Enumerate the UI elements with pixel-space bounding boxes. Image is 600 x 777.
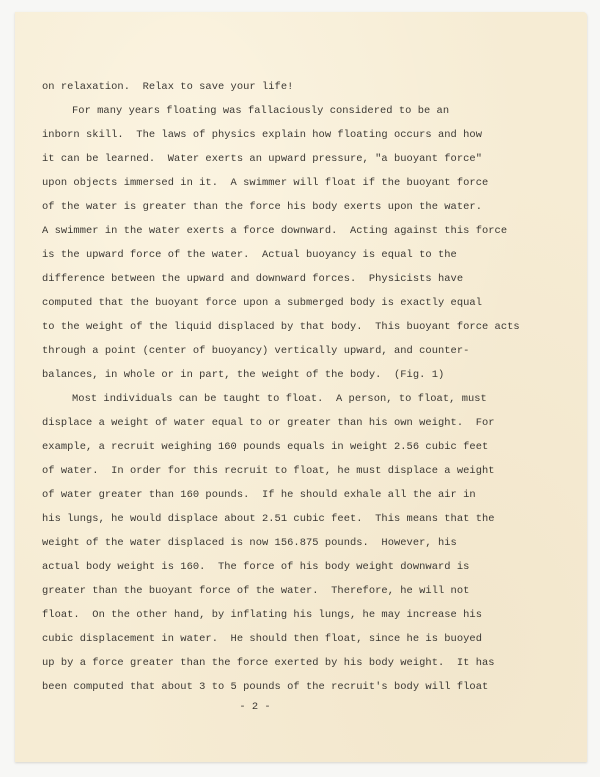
- text-line: to the weight of the liquid displaced by…: [42, 315, 582, 339]
- text-line: For many years floating was fallaciously…: [42, 99, 582, 123]
- text-line: on relaxation. Relax to save your life!: [42, 75, 582, 99]
- text-line: it can be learned. Water exerts an upwar…: [42, 147, 582, 171]
- text-line: of the water is greater than the force h…: [42, 195, 582, 219]
- text-line: of water. In order for this recruit to f…: [42, 459, 582, 483]
- text-line: actual body weight is 160. The force of …: [42, 555, 582, 579]
- page-number: - 2 -: [15, 701, 495, 713]
- text-line: example, a recruit weighing 160 pounds e…: [42, 435, 582, 459]
- text-line: computed that the buoyant force upon a s…: [42, 291, 582, 315]
- text-line: greater than the buoyant force of the wa…: [42, 579, 582, 603]
- text-line: difference between the upward and downwa…: [42, 267, 582, 291]
- text-line: A swimmer in the water exerts a force do…: [42, 219, 582, 243]
- text-line: through a point (center of buoyancy) ver…: [42, 339, 582, 363]
- text-line: balances, in whole or in part, the weigh…: [42, 363, 582, 387]
- text-line: up by a force greater than the force exe…: [42, 651, 582, 675]
- text-line: is the upward force of the water. Actual…: [42, 243, 582, 267]
- text-line: of water greater than 160 pounds. If he …: [42, 483, 582, 507]
- text-line: displace a weight of water equal to or g…: [42, 411, 582, 435]
- text-line: Most individuals can be taught to float.…: [42, 387, 582, 411]
- body-text: on relaxation. Relax to save your life!F…: [42, 75, 582, 699]
- text-line: weight of the water displaced is now 156…: [42, 531, 582, 555]
- text-line: cubic displacement in water. He should t…: [42, 627, 582, 651]
- text-line: upon objects immersed in it. A swimmer w…: [42, 171, 582, 195]
- typewritten-page: on relaxation. Relax to save your life!F…: [15, 12, 587, 762]
- text-line: float. On the other hand, by inflating h…: [42, 603, 582, 627]
- text-line: been computed that about 3 to 5 pounds o…: [42, 675, 582, 699]
- text-line: his lungs, he would displace about 2.51 …: [42, 507, 582, 531]
- text-line: inborn skill. The laws of physics explai…: [42, 123, 582, 147]
